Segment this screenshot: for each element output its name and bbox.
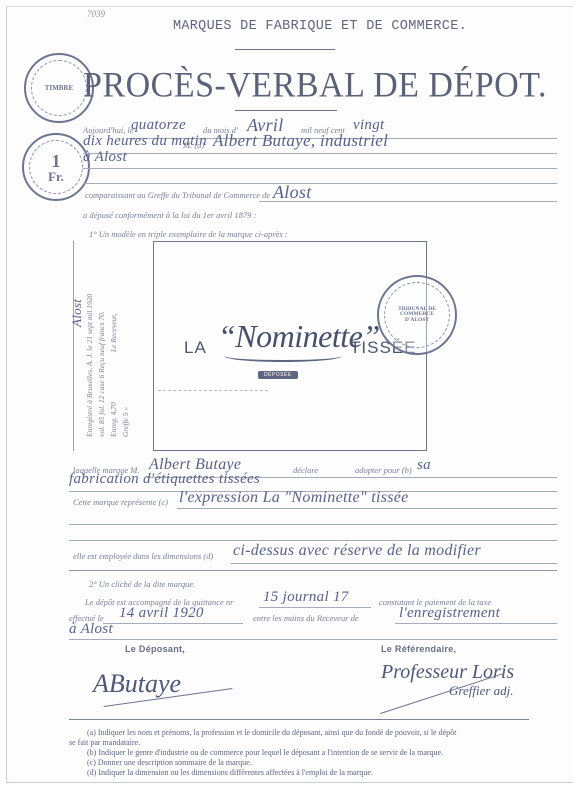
tribunal-seal-text: TRIBUNAL DE COMMERCE D'ALOST (392, 307, 442, 324)
margin-line-4: Greffe 5 » (121, 294, 130, 437)
label-entre-les-mains: entre les mains du Receveur de (253, 613, 359, 623)
label-dimensions: elle est employée dans les dimensions (d… (73, 551, 213, 561)
trademark-prefix: LA (184, 338, 207, 358)
corner-note: 7039 (87, 9, 105, 19)
header-rule (235, 49, 335, 50)
trademark-prefix-text: LA (184, 338, 207, 357)
fiscal-stamp: 1 Fr. (22, 133, 90, 201)
field-use-a: sa (417, 457, 431, 474)
trademark-specimen: LA “Nominette” DÉPOSÉE TISSÉE (153, 241, 427, 451)
referendaire-signature: Professeur Loris (381, 661, 514, 684)
referendaire-label: Le Référendaire, (381, 644, 456, 654)
form-line (259, 607, 371, 608)
margin-place: Alost (69, 294, 85, 437)
label-a-depose: a déposé conformément à la loi du 1er av… (83, 210, 256, 220)
form-line (69, 570, 557, 571)
form-line (69, 540, 557, 541)
fiscal-value: 1 (48, 152, 64, 170)
document-page: 7039 MARQUES DE FABRIQUE ET DE COMMERCE.… (6, 6, 573, 783)
margin-line-2: vol. 85 fol. 12 case 6 Reçu neuf francs … (97, 294, 106, 437)
form-line (83, 153, 557, 154)
item-2-text: 2° Un cliché de la dite marque. (89, 579, 195, 589)
footnote-a: (a) Indiquer les nom et prénoms, la prof… (87, 728, 456, 737)
registration-margin-note: Alost Enregistré à Bruxelles, A. J. le 2… (69, 294, 130, 437)
form-line (83, 183, 557, 184)
specimen-dash-line (158, 390, 268, 391)
footnote-c: (c) Donner une description sommaire de l… (87, 758, 252, 767)
field-receveur-office: l'enregistrement (399, 605, 500, 622)
fiscal-stamp-value: 1 Fr. (48, 152, 64, 183)
title-rule (235, 110, 337, 111)
item-1-text: 1° Un modèle en triple exemplaire de la … (89, 229, 288, 239)
footnote-b: (b) Indiquer le genre d'industrie ou de … (87, 748, 443, 757)
field-receipt-number: 15 journal 17 (263, 589, 349, 606)
field-payment-date: 14 avril 1920 (119, 605, 204, 622)
depositor-signature: AButaye (93, 669, 181, 699)
footnote-rule (69, 719, 529, 720)
label-monsieur: M. (a) (183, 140, 204, 150)
margin-line-1: Enregistré à Bruxelles, A. J. le 21 sept… (85, 294, 94, 437)
form-line (395, 623, 557, 624)
tribunal-seal-stamp: TRIBUNAL DE COMMERCE D'ALOST (377, 275, 457, 355)
label-declare: déclare (293, 465, 318, 475)
referendaire-title: Greffier adj. (449, 683, 514, 699)
margin-receveur-label: Le Receveur, (109, 314, 118, 352)
form-line (69, 524, 557, 525)
fiscal-unit: Fr. (48, 170, 64, 183)
form-line (231, 563, 557, 564)
form-line (103, 623, 243, 624)
document-header: MARQUES DE FABRIQUE ET DE COMMERCE. (7, 19, 573, 34)
label-cette-marque: Cette marque représente (c) (73, 497, 168, 507)
field-dimensions: ci-dessus avec réserve de la modifier (233, 542, 481, 560)
margin-line-3: Enreg. 4,70 (109, 402, 118, 437)
field-representation: l'expression La "Nominette" tissée (179, 489, 409, 507)
footnote-a-cont: se fait par mandataire. (69, 738, 140, 747)
form-line (83, 168, 557, 169)
form-line (177, 508, 557, 509)
trademark-swoosh (224, 350, 342, 362)
form-line (69, 639, 557, 640)
document-title: PROCÈS-VERBAL DE DÉPOT. (7, 66, 573, 106)
trademark-name-text: Nominette (235, 318, 362, 354)
field-depositor-place: à Alost (83, 149, 127, 166)
field-tribunal-city: Alost (273, 182, 312, 203)
label-comparaissant: comparaissant au Greffe du Tribunal de C… (85, 190, 270, 200)
field-use-b: fabrication d'étiquettes tissées (69, 471, 260, 488)
field-depositor-name: Albert Butaye, industriel (213, 131, 388, 151)
form-line (259, 201, 557, 202)
trademark-badge: DÉPOSÉE (258, 371, 298, 379)
field-receveur-place: à Alost (69, 621, 113, 638)
depositor-label: Le Déposant, (125, 644, 185, 654)
field-day: quatorze (131, 117, 186, 134)
footnote-d: (d) Indiquer la dimension ou les dimensi… (87, 768, 373, 777)
label-adopter-pour: adopter pour (b) (355, 465, 412, 475)
